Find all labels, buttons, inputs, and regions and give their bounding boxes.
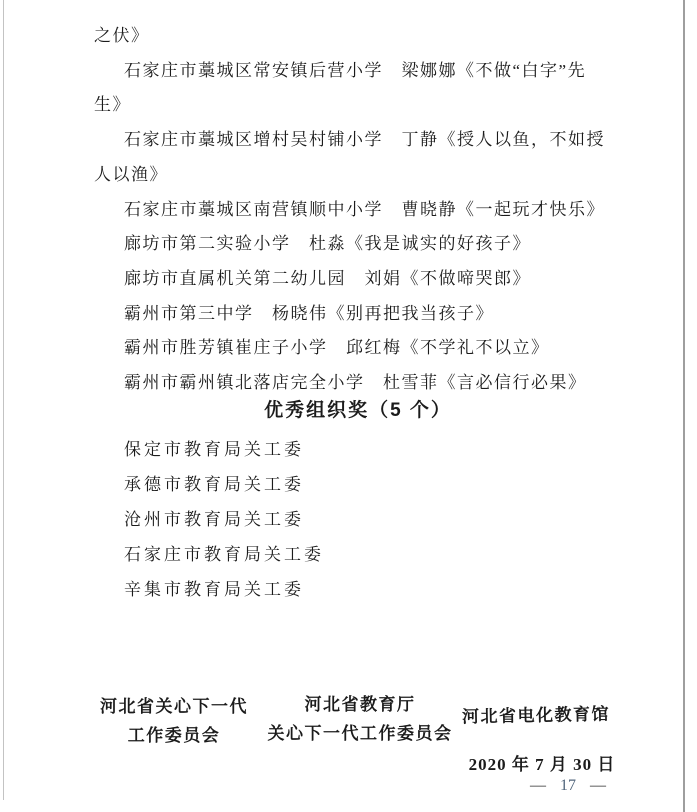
document-date: 2020 年 7 月 30 日 xyxy=(462,750,622,775)
organization-item: 承德市教育局关工委 xyxy=(94,467,654,502)
award-line: 石家庄市藁城区南营镇顺中小学 曹晓静《一起玩才快乐》 xyxy=(94,193,654,228)
signature-org-1-line-2: 工作委员会 xyxy=(98,721,250,746)
organization-award-list: 保定市教育局关工委 承德市教育局关工委 沧州市教育局关工委 石家庄市教育局关工委… xyxy=(94,432,654,607)
page-number-dash-left: — xyxy=(530,777,546,794)
award-line: 霸州市第三中学 杨晓伟《别再把我当孩子》 xyxy=(94,297,654,332)
page-right-edge xyxy=(683,0,685,812)
document-page: 之伏》 石家庄市藁城区常安镇后营小学 梁娜娜《不做“白字”先 生》 石家庄市藁城… xyxy=(0,0,697,812)
award-line: 廊坊市直属机关第二幼儿园 刘娟《不做啼哭郎》 xyxy=(94,262,654,297)
signature-org-1-line-1: 河北省关心下一代 xyxy=(98,692,250,717)
award-line: 石家庄市藁城区增村吴村铺小学 丁静《授人以鱼，不如授 xyxy=(94,123,654,158)
signature-org-3: 河北省电化教育馆 xyxy=(456,699,616,727)
award-line: 霸州市胜芳镇崔庄子小学 邱红梅《不学礼不以立》 xyxy=(94,331,654,366)
section-heading: 优秀组织奖（5 个） xyxy=(94,396,622,426)
award-line: 之伏》 xyxy=(94,19,654,54)
page-number-dash-right: — xyxy=(590,777,606,794)
organization-item: 沧州市教育局关工委 xyxy=(94,502,654,537)
award-line: 人以渔》 xyxy=(94,158,654,193)
award-line: 廊坊市第二实验小学 杜淼《我是诚实的好孩子》 xyxy=(94,227,654,262)
page-number-value: 17 xyxy=(560,777,576,794)
organization-item: 保定市教育局关工委 xyxy=(94,432,654,467)
award-line: 石家庄市藁城区常安镇后营小学 梁娜娜《不做“白字”先 xyxy=(94,54,654,89)
page-number: —17— xyxy=(516,777,620,795)
organization-item: 辛集市教育局关工委 xyxy=(94,572,654,607)
page-left-edge xyxy=(3,0,4,800)
signature-org-2-line-1: 河北省教育厅 xyxy=(266,690,454,715)
organization-item: 石家庄市教育局关工委 xyxy=(94,537,654,572)
award-line: 生》 xyxy=(94,88,654,123)
award-winner-list: 之伏》 石家庄市藁城区常安镇后营小学 梁娜娜《不做“白字”先 生》 石家庄市藁城… xyxy=(94,19,654,401)
signature-org-2-line-2: 关心下一代工作委员会 xyxy=(266,719,454,744)
